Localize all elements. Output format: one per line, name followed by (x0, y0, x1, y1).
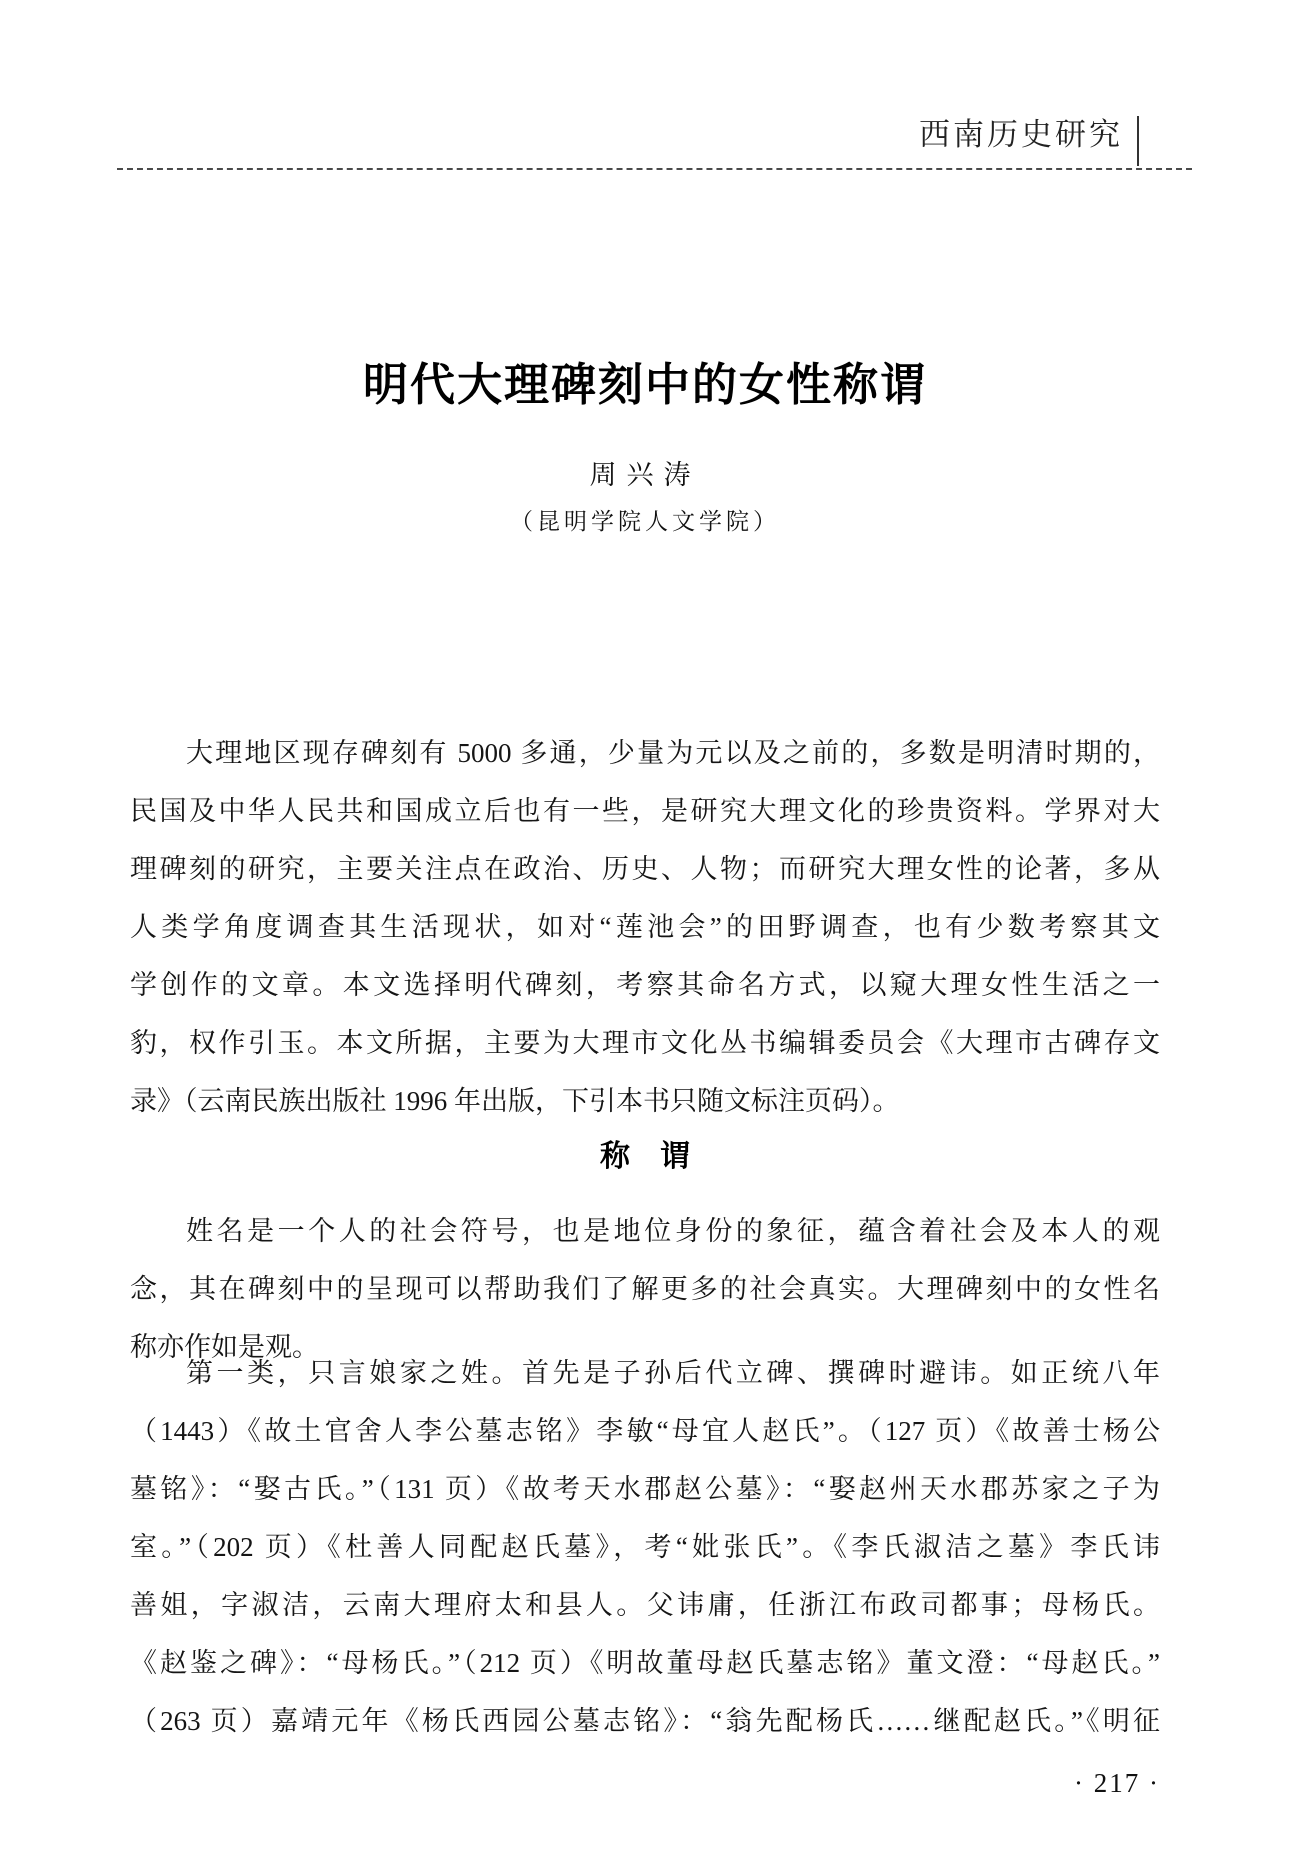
body-line: 善姐，字淑洁，云南大理府太和县人。父讳庸，任浙江布政司都事；母杨氏。 (130, 1576, 1160, 1634)
intro-paragraph: 大理地区现存碑刻有 5000 多通，少量为元以及之前的，多数是明清时期的， 民国… (130, 724, 1160, 1130)
paper-page: 西南历史研究 明代大理碑刻中的女性称谓 周兴涛 （昆明学院人文学院） 大理地区现… (0, 0, 1307, 1859)
article-title: 明代大理碑刻中的女性称谓 (130, 348, 1160, 413)
body-line: 第一类，只言娘家之姓。首先是子孙后代立碑、撰碑时避讳。如正统八年 (130, 1344, 1160, 1402)
body-line: 念，其在碑刻中的呈现可以帮助我们了解更多的社会真实。大理碑刻中的女性名 (130, 1260, 1160, 1318)
body-line: 学创作的文章。本文选择明代碑刻，考察其命名方式，以窥大理女性生活之一 (130, 956, 1160, 1014)
body-line: 《赵鉴之碑》：“母杨氏。”（212 页）《明故董母赵氏墓志铭》董文澄：“母赵氏。… (130, 1634, 1160, 1692)
author-name: 周兴涛 (130, 453, 1160, 492)
body-line: 民国及中华人民共和国成立后也有一些，是研究大理文化的珍贵资料。学界对大 (130, 782, 1160, 840)
body-line: 墓铭》：“娶古氏。”（131 页）《故考天水郡赵公墓》：“娶赵州天水郡苏家之子为 (130, 1460, 1160, 1518)
journal-title: 西南历史研究 (919, 118, 1123, 152)
body-line: 人类学角度调查其生活现状，如对“莲池会”的田野调查，也有少数考察其文 (130, 898, 1160, 956)
body-line: 理碑刻的研究，主要关注点在政治、历史、人物；而研究大理女性的论著，多从 (130, 840, 1160, 898)
body-line: 录》（云南民族出版社 1996 年出版，下引本书只随文标注页码）。 (130, 1072, 1160, 1130)
header-divider-bar (1137, 116, 1139, 166)
running-head: 西南历史研究 (919, 118, 1139, 166)
body-line: （1443）《故土官舍人李公墓志铭》李敏“母宜人赵氏”。（127 页）《故善士杨… (130, 1402, 1160, 1460)
page-number: · 217 · (130, 1768, 1160, 1799)
first-category-paragraph: 第一类，只言娘家之姓。首先是子孙后代立碑、撰碑时避讳。如正统八年 （1443）《… (130, 1344, 1160, 1750)
author-affiliation: （昆明学院人文学院） (130, 503, 1160, 536)
header-dashed-rule (117, 168, 1192, 170)
body-line: 室。”（202 页）《杜善人同配赵氏墓》，考“妣张氏”。《李氏淑洁之墓》李氏讳 (130, 1518, 1160, 1576)
section-heading: 称 谓 (130, 1128, 1160, 1186)
body-line: 豹，权作引玉。本文所据，主要为大理市文化丛书编辑委员会《大理市古碑存文 (130, 1014, 1160, 1072)
body-line: 姓名是一个人的社会符号，也是地位身份的象征，蕴含着社会及本人的观 (130, 1202, 1160, 1260)
body-line: 大理地区现存碑刻有 5000 多通，少量为元以及之前的，多数是明清时期的， (130, 724, 1160, 782)
body-line: （263 页）嘉靖元年《杨氏西园公墓志铭》：“翁先配杨氏……继配赵氏。”《明征 (130, 1692, 1160, 1750)
